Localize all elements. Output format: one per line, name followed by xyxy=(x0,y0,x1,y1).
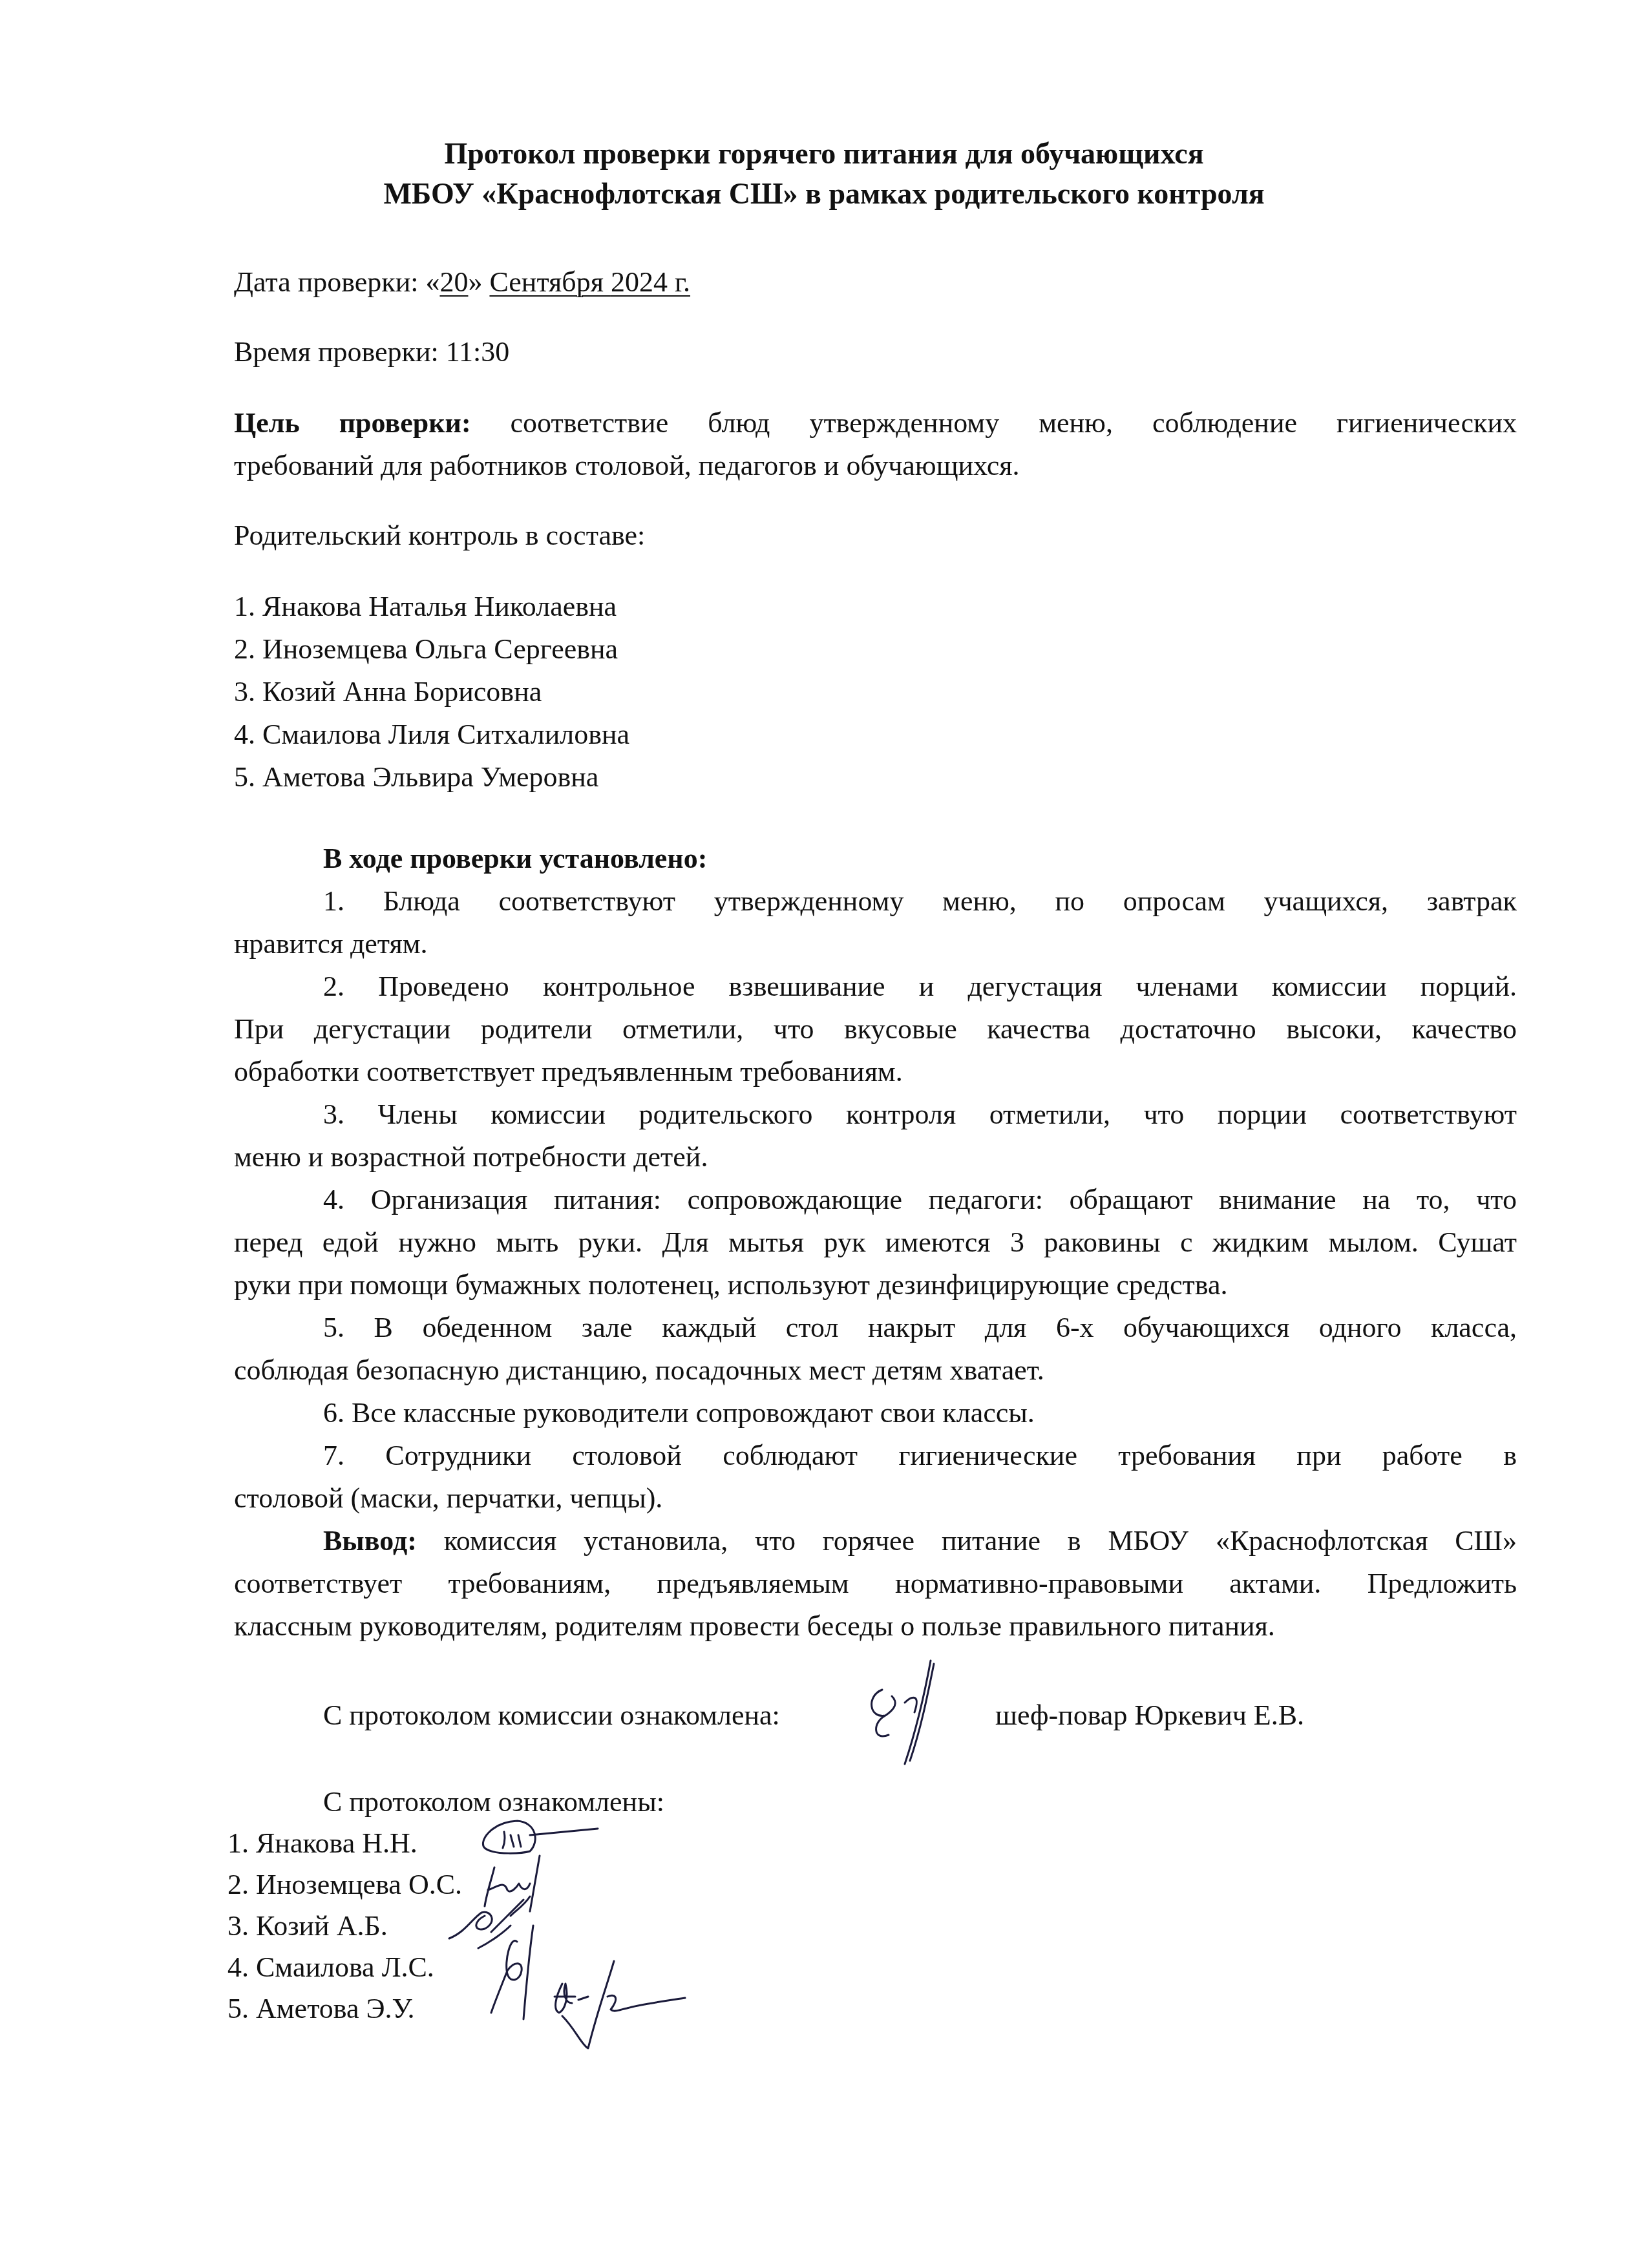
committee-member: 2. Иноземцева Ольга Сергеевна xyxy=(234,632,618,667)
finding-line: 6. Все классные руководители сопровождаю… xyxy=(323,1396,1035,1431)
committee-member: 5. Аметова Эльвира Умеровна xyxy=(234,760,598,795)
date-label: Дата проверки: « xyxy=(234,266,439,298)
finding-line: 2. Проведено контрольное взвешивание и д… xyxy=(323,969,1517,1004)
goal-line-2: требований для работников столовой, педа… xyxy=(234,448,1020,483)
ack-signer: 1. Янакова Н.Н. xyxy=(227,1826,417,1861)
date-month: Сентября xyxy=(489,266,610,298)
finding-line: перед едой нужно мыть руки. Для мытья ру… xyxy=(234,1225,1517,1260)
finding-line: 3. Члены комиссии родительского контроля… xyxy=(323,1097,1517,1132)
date-close-quote: » xyxy=(468,266,489,298)
finding-line: 1. Блюда соответствуют утвержденному мен… xyxy=(323,884,1517,919)
ack-signer: 5. Аметова Э.У. xyxy=(227,1991,415,2026)
finding-line: При дегустации родители отметили, что вк… xyxy=(234,1012,1517,1047)
signature-ametova xyxy=(549,1958,692,2058)
finding-line: меню и возрастной потребности детей. xyxy=(234,1140,708,1175)
chef-ack-text: С протоколом комиссии ознакомлена: xyxy=(323,1698,780,1733)
time-value: 11:30 xyxy=(446,336,510,368)
date-year: 2024 г. xyxy=(611,266,690,298)
goal-text-1: соответствие блюд утвержденному меню, со… xyxy=(471,407,1517,439)
conclusion-line-1: Вывод: комиссия установила, что горячее … xyxy=(323,1524,1517,1559)
goal-line-1: Цель проверки: соответствие блюд утвержд… xyxy=(234,406,1517,441)
chef-signer-name: шеф-повар Юркевич Е.В. xyxy=(995,1698,1304,1733)
inspection-time: Время проверки: 11:30 xyxy=(234,335,509,370)
committee-heading: Родительский контроль в составе: xyxy=(234,518,645,553)
finding-line: обработки соответствует предъявленным тр… xyxy=(234,1055,903,1089)
ack-signer: 2. Иноземцева О.С. xyxy=(227,1867,462,1902)
signature-smailova xyxy=(488,1922,546,2022)
document-title-line-1: Протокол проверки горячего питания для о… xyxy=(0,136,1648,172)
committee-member: 4. Смаилова Лиля Ситхалиловна xyxy=(234,717,629,752)
finding-line: нравится детям. xyxy=(234,927,428,961)
finding-line: 5. В обеденном зале каждый стол накрыт д… xyxy=(323,1310,1517,1345)
finding-line: соблюдая безопасную дистанцию, посадочны… xyxy=(234,1353,1044,1388)
finding-line: 4. Организация питания: сопровождающие п… xyxy=(323,1182,1517,1217)
inspection-date: Дата проверки: «20» Сентября 2024 г. xyxy=(234,265,690,300)
finding-line: 7. Сотрудники столовой соблюдают гигиени… xyxy=(323,1438,1517,1473)
finding-line: столовой (маски, перчатки, чепцы). xyxy=(234,1481,662,1516)
committee-member: 3. Козий Анна Борисовна xyxy=(234,675,542,709)
finding-line: руки при помощи бумажных полотенец, испо… xyxy=(234,1268,1228,1303)
conclusion-label: Вывод: xyxy=(323,1525,417,1557)
chef-signature xyxy=(860,1657,950,1770)
conclusion-line-2: соответствует требованиям, предъявляемым… xyxy=(234,1566,1517,1601)
time-label: Время проверки: xyxy=(234,336,446,368)
findings-heading: В ходе проверки установлено: xyxy=(323,841,707,876)
document-title-line-2: МБОУ «Краснофлотская СШ» в рамках родите… xyxy=(0,176,1648,212)
document-page: Протокол проверки горячего питания для о… xyxy=(0,0,1648,2268)
conclusion-text-1: комиссия установила, что горячее питание… xyxy=(417,1525,1517,1557)
ack-signer: 3. Козий А.Б. xyxy=(227,1909,388,1944)
ack-signer: 4. Смаилова Л.С. xyxy=(227,1950,434,1985)
committee-member: 1. Янакова Наталья Николаевна xyxy=(234,589,617,624)
goal-label: Цель проверки: xyxy=(234,407,471,439)
conclusion-line-3: классным руководителям, родителям провес… xyxy=(234,1609,1275,1644)
date-day: 20 xyxy=(439,266,468,298)
members-ack-heading: С протоколом ознакомлены: xyxy=(323,1785,664,1820)
